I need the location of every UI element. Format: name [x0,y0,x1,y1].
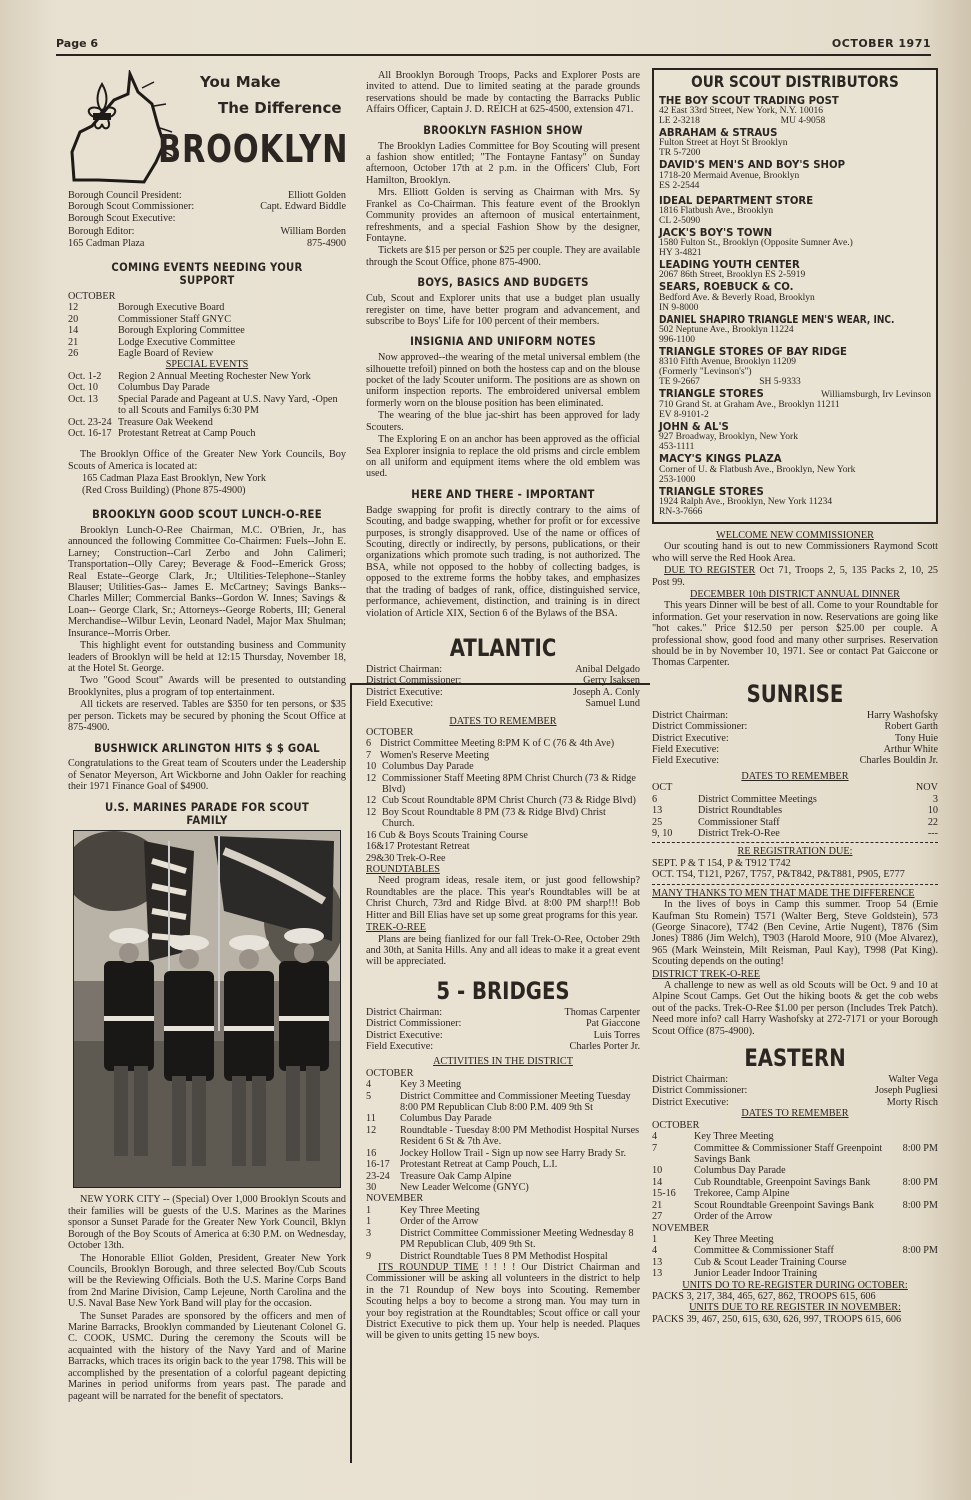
event-text: Committee & Commissioner Staff [694,1245,884,1256]
officer-role: District Executive: [652,1097,729,1108]
event-time [884,1211,938,1222]
article-paragraph: Now approved--the wearing of the metal u… [366,352,640,409]
reregistration-sept: SEPT. P & T 154, P & T912 T742 [652,858,938,869]
event-time [884,1268,938,1279]
event-date: 12 [68,302,118,313]
event-date: 16 [366,1148,400,1159]
coming-events-list: OCTOBER 12Borough Executive Board 20Comm… [68,291,346,439]
event-text: Columbus Day Parade [694,1165,884,1176]
officer-name: Charles Porter Jr. [570,1041,640,1052]
atlantic-dates-heading: DATES TO REMEMBER [366,716,640,727]
reregistration-heading: RE REGISTRATION DUE: [652,846,938,857]
article-paragraph: Tickets are $15 per person or $25 per co… [366,245,640,268]
distributor-entry: JOHN & AL'S 927 Broadway, Brooklyn, New … [659,421,931,453]
column-divider [350,683,352,1463]
activities-heading: ACTIVITIES IN THE DISTRICT [366,1056,640,1067]
event-date: 6 [366,738,380,749]
event-text: Junior Leader Indoor Training [694,1268,884,1279]
event-date: 3 [366,1228,400,1251]
distributor-entry: DAVID'S MEN'S AND BOY'S SHOP 1718-20 Mer… [659,159,931,191]
nov-date: 3 [914,794,938,805]
article-paragraph: Need program ideas, resale item, or just… [366,875,640,921]
tagline-1: You Make [200,74,281,91]
event-date: 30 [366,1182,400,1193]
article-paragraph: A challenge to new as well as old Scouts… [652,980,938,1037]
event-date: 27 [652,1211,694,1222]
distributor-address: 927 Broadway, Brooklyn, New York [659,433,931,443]
officer-role: Borough Editor: [68,226,135,237]
month-label: NOVEMBER [366,1193,640,1204]
event-time [884,1234,938,1245]
oct-date: 25 [652,817,698,828]
distributor-entry: ABRAHAM & STRAUS Fulton Street at Hoyt S… [659,127,931,159]
event-date: 23-24 [366,1171,400,1182]
event-text: District Roundtable Tues 8 PM Methodist … [400,1251,640,1262]
distributor-address: 1718-20 Mermaid Avenue, Brooklyn [659,172,931,182]
distributor-phone: ES 2-2544 [659,182,931,192]
event-date: 14 [652,1177,694,1188]
dashed-divider [652,884,938,885]
event-text: Key Three Meeting [694,1234,884,1245]
event-text: Lodge Executive Committee [118,337,346,348]
distributor-address: Bedford Ave. & Beverly Road, Brooklyn [659,294,931,304]
event-date: 12 [366,773,382,796]
event-date: 10 [366,761,382,772]
officer-role: District Commissioner: [652,721,747,732]
event-date: 12 [366,807,382,830]
event-text: Scout Roundtable Greenpoint Savings Bank [694,1200,884,1211]
distributor-name: TRIANGLE STORES [659,486,909,498]
reregistration-oct: OCT. T54, T121, P267, T757, P&T842, P&T8… [652,869,938,880]
event-text: District Committee Meeting 8:PM K of C (… [380,738,640,749]
distributor-entry: THE BOY SCOUT TRADING POST 42 East 33rd … [659,95,931,127]
event-text: Trekoree, Camp Alpine [694,1188,884,1199]
masthead-title: BROOKLYN [158,128,348,171]
page-number: Page 6 [56,38,98,50]
event-text: Columbus Day Parade [118,382,346,393]
event-date: Oct. 23-24 [68,417,118,428]
event-date: 12 [366,1125,400,1148]
officer-role: District Chairman: [366,664,442,675]
month-label: NOVEMBER [652,1223,938,1234]
special-events-heading: SPECIAL EVENTS [68,359,346,370]
event-text: District Committee Meetings [698,794,914,805]
article-paragraph: The Honorable Elliot Golden, President, … [68,1253,346,1310]
roundup-heading: ITS ROUNDUP TIME [378,1262,479,1273]
event-text: New Leader Welcome (GNYC) [400,1182,640,1193]
distributor-name: ABRAHAM & STRAUS [659,127,909,139]
event-text: Region 2 Annual Meeting Rochester New Yo… [118,371,346,382]
here-and-there-heading: HERE AND THERE - IMPORTANT [382,488,623,501]
eastern-dates-heading: DATES TO REMEMBER [652,1108,938,1119]
month-label: OCTOBER [68,291,346,302]
due-heading: DUE TO REGISTER [664,565,755,576]
welcome-heading: WELCOME NEW COMMISSIONER [652,530,938,541]
event-date: 13 [652,1257,694,1268]
event-text: Special Parade and Pageant at U.S. Navy … [118,394,346,417]
event-time: 8:00 PM [884,1200,938,1211]
distributors-heading: OUR SCOUT DISTRIBUTORS [679,73,910,91]
event-date: 14 [68,325,118,336]
officer-name: Walter Vega [888,1074,938,1085]
column-left: You Make The Difference BROOKLYN Borough… [68,62,346,1403]
event-date: 4 [652,1245,694,1256]
event-date: 7 [652,1143,694,1166]
article-paragraph: This years Dinner will be best of all. C… [652,600,938,669]
officer-name: Joseph Pugliesi [875,1085,938,1096]
officer-role: Field Executive: [366,1041,433,1052]
nov-units-heading: UNITS DUE TO RE REGISTER IN NOVEMBER: [652,1302,938,1313]
event-text: Order of the Arrow [694,1211,884,1222]
officer-name: Robert Garth [885,721,938,732]
event-text: Commissioner Staff [698,817,914,828]
distributor-phone: RN-3-7666 [659,508,931,518]
event-text: Borough Executive Board [118,302,346,313]
bushwick-heading: BUSHWICK ARLINGTON HITS $ $ GOAL [85,742,330,755]
month-label: OCTOBER [366,1068,640,1079]
thanks-heading: MANY THANKS TO MEN THAT MADE THE DIFFERE… [652,888,938,899]
distributor-name: DAVID'S MEN'S AND BOY'S SHOP [659,159,909,171]
officer-role: District Chairman: [652,710,728,721]
article-paragraph: The wearing of the blue jac-shirt has be… [366,410,640,433]
roundup-paragraph: ITS ROUNDUP TIME ! ! ! ! Our District Ch… [366,1262,640,1342]
event-date: 13 [652,1268,694,1279]
article-paragraph: The Sunset Parades are sponsored by the … [68,1311,346,1402]
office-address-1: 165 Cadman Plaza East Brooklyn, New York [68,473,346,484]
officer-name: Anibal Delgado [575,664,640,675]
trek-o-ree-heading: TREK-O-REE [366,922,640,933]
event-time: 8:00 PM [884,1177,938,1188]
officer-role: Field Executive: [652,744,719,755]
officer-name: Samuel Lund [585,698,640,709]
event-date: 7 [366,750,380,761]
nov-date: --- [914,828,938,839]
officer-role: District Executive: [652,733,729,744]
event-text: Cub & Scout Leader Training Course [694,1257,884,1268]
event-text: Women's Reserve Meeting [380,750,640,761]
officer-name: Luis Torres [594,1030,640,1041]
sunrise-dates-heading: DATES TO REMEMBER [652,771,938,782]
officer-name: Gerry Isaksen [583,675,640,686]
roundup-text: ! ! ! ! Our District Chairman and Commis… [366,1262,640,1342]
event-text: Key 3 Meeting [400,1079,640,1090]
distributor-name: LEADING YOUTH CENTER [659,259,909,271]
roundtables-heading: ROUNDTABLES [366,864,640,875]
insignia-heading: INSIGNIA AND UNIFORM NOTES [382,335,623,348]
officer-name: Harry Washofsky [867,710,938,721]
officer-name: Thomas Carpenter [564,1007,640,1018]
event-date: 4 [366,1079,400,1090]
oct-units-list: PACKS 3, 217, 384, 465, 627, 862, TROOPS… [652,1291,938,1302]
distributor-entry: IDEAL DEPARTMENT STORE 1816 Flatbush Ave… [659,195,931,227]
nov-units-list: PACKS 39, 467, 250, 615, 630, 626, 997, … [652,1314,938,1325]
distributor-name: IDEAL DEPARTMENT STORE [659,195,909,207]
office-phone: 875-4900 [307,238,346,249]
event-time [884,1188,938,1199]
article-paragraph: This highlight event for outstanding bus… [68,640,346,674]
event-date: 21 [652,1200,694,1211]
distributor-entry: TRIANGLE STORES OF BAY RIDGE 8310 Fifth … [659,346,931,388]
article-paragraph: Cub, Scout and Explorer units that use a… [366,293,640,327]
event-text: Treasure Oak Camp Alpine [400,1171,640,1182]
dinner-heading: DECEMBER 10th DISTRICT ANNUAL DINNER [652,589,938,600]
eastern-section: EASTERN District Chairman:Walter Vega Di… [652,1045,938,1325]
eastern-heading: EASTERN [678,1045,913,1072]
event-line: 29&30 Trek-O-Ree [366,853,640,864]
coming-events-heading: COMING EVENTS NEEDING YOUR SUPPORT [85,261,330,287]
article-paragraph: Our scouting hand is out to new Commissi… [652,541,938,564]
distributor-address: Corner of U. & Flatbush Ave., Brooklyn, … [659,466,931,476]
article-paragraph: The Exploring E on an anchor has been ap… [366,434,640,480]
event-text: Columbus Day Parade [400,1113,640,1124]
event-date: 5 [366,1091,400,1114]
event-date: 4 [652,1131,694,1142]
trek-heading: DISTRICT TREK-O-REE [652,969,938,980]
event-date: 20 [68,314,118,325]
distributor-name: JACK'S BOY'S TOWN [659,227,909,239]
officer-role: Field Executive: [366,698,433,709]
event-text: Protestant Retreat at Camp Pouch [118,428,346,439]
column-right: OUR SCOUT DISTRIBUTORS THE BOY SCOUT TRA… [652,68,938,1325]
event-line: 16 Cub & Boys Scouts Training Course [366,830,640,841]
event-text: District Trek-O-Ree [698,828,914,839]
event-date: 9 [366,1251,400,1262]
sunrise-section: SUNRISE District Chairman:Harry Washofsk… [652,681,938,1037]
borough-officers: Borough Council President:Elliott Golden… [68,190,346,249]
event-date: 26 [68,348,118,359]
event-text: Commissioner Staff Meeting 8PM Christ Ch… [382,773,640,796]
event-text: District Roundtables [698,805,914,816]
event-date: 10 [652,1165,694,1176]
month-label: OCTOBER [652,1120,938,1131]
officer-name: Tony Huie [895,733,938,744]
event-date: 12 [366,795,382,806]
sunrise-heading: SUNRISE [678,681,913,708]
event-time [884,1165,938,1176]
officer-role: District Commissioner: [366,1018,461,1029]
article-paragraph: All tickets are reserved. Tables are $35… [68,699,346,733]
article-paragraph: Mrs. Elliott Golden is serving as Chairm… [366,187,640,244]
event-date: 21 [68,337,118,348]
column-label-oct: OCT [652,782,672,793]
header-rule [56,54,931,56]
event-text: Eagle Board of Review [118,348,346,359]
marines-heading: U.S. MARINES PARADE FOR SCOUT FAMILY [85,801,330,827]
article-paragraph: Plans are being fianlized for our fall T… [366,934,640,968]
column-label-nov: NOV [916,782,938,793]
budgets-heading: BOYS, BASICS AND BUDGETS [382,276,623,289]
marines-color-guard-photo [73,830,341,1188]
masthead: You Make The Difference BROOKLYN [68,62,346,192]
officer-name: Pat Giaccone [586,1018,640,1029]
event-text: Boy Scout Roundtable 8 PM (73 & Ridge Bl… [382,807,640,830]
officer-name: Capt. Edward Biddle [260,201,346,212]
atlantic-officers: District Chairman:Anibal Delgado Distric… [366,664,640,710]
officer-role: Borough Scout Executive: [68,213,176,224]
office-note: The Brooklyn Office of the Greater New Y… [68,449,346,472]
officer-name: Charles Bouldin Jr. [860,755,938,766]
officer-role: District Executive: [366,1030,443,1041]
officer-role: Field Executive: [652,755,719,766]
due-to-register: DUE TO REGISTER Oct 71, Troops 2, 5, 135… [652,565,938,588]
event-text: District Committee and Commissioner Meet… [400,1091,640,1114]
distributor-entry: TRIANGLE STORES 1924 Ralph Ave., Brookly… [659,486,931,518]
officer-role: District Commissioner: [366,675,461,686]
issue-date: OCTOBER 1971 [832,38,931,50]
event-text: Cub Scout Roundtable 8PM Christ Church (… [382,795,640,806]
event-text: Borough Exploring Committee [118,325,346,336]
oct-units-heading: UNITS DO TO RE-REGISTER DURING OCTOBER: [652,1280,938,1291]
officer-role: District Commissioner: [652,1085,747,1096]
article-paragraph: Congratulations to the Great team of Sco… [68,758,346,792]
nov-date: 10 [914,805,938,816]
distributor-entry: JACK'S BOY'S TOWN 1580 Fulton St., Brook… [659,227,931,259]
officer-name: William Borden [280,226,346,237]
article-paragraph: Two "Good Scout" Awards will be presente… [68,675,346,698]
article-paragraph: The Brooklyn Ladies Committee for Boy Sc… [366,141,640,187]
bridges-continued: WELCOME NEW COMMISSIONER Our scouting ha… [652,530,938,669]
event-date: 11 [366,1113,400,1124]
atlantic-heading: ATLANTIC [391,635,616,662]
event-text: Treasure Oak Weekend [118,417,346,428]
event-text: Columbus Day Parade [382,761,640,772]
lunch-o-ree-heading: BROOKLYN GOOD SCOUT LUNCH-O-REE [85,508,330,521]
event-date: Oct. 10 [68,382,118,393]
distributor-name: SEARS, ROEBUCK & CO. [659,281,909,293]
five-bridges-heading: 5 - BRIDGES [391,978,616,1005]
office-address-2: (Red Cross Building) (Phone 875-4900) [68,485,346,496]
officer-role: District Executive: [366,687,443,698]
distributor-entry: MACY'S KINGS PLAZA Corner of U. & Flatbu… [659,453,931,485]
officer-role: District Chairman: [652,1074,728,1085]
event-date: Oct. 1-2 [68,371,118,382]
event-date: 1 [366,1216,400,1227]
distributor-name: THE BOY SCOUT TRADING POST [659,95,909,107]
distributor-address: 502 Neptune Ave., Brooklyn 11224 [659,326,931,336]
article-paragraph: Brooklyn Lunch-O-Ree Chairman, M.C. O'Br… [68,525,346,639]
event-time: 8:00 PM [884,1143,938,1166]
oct-date: 13 [652,805,698,816]
event-text: Jockey Hollow Trail - Sign up now see Ha… [400,1148,640,1159]
distributor-entry: DANIEL SHAPIRO TRIANGLE MEN'S WEAR, INC.… [659,314,931,346]
distributors-box: OUR SCOUT DISTRIBUTORS THE BOY SCOUT TRA… [652,68,938,524]
event-text: Roundtable - Tuesday 8:00 PM Methodist H… [400,1125,640,1148]
event-date: Oct. 16-17 [68,428,118,439]
event-text: Cub Roundtable, Greenpoint Savings Bank [694,1177,884,1188]
oct-date: 9, 10 [652,828,698,839]
event-text: District Committee Commissioner Meeting … [400,1228,640,1251]
event-text: Commissioner Staff GNYC [118,314,346,325]
event-time: 8:00 PM [884,1245,938,1256]
officer-role: Borough Scout Commissioner: [68,201,194,212]
article-paragraph: NEW YORK CITY -- (Special) Over 1,000 Br… [68,1194,346,1251]
article-paragraph: In the lives of boys in Camp this summer… [652,899,938,968]
officer-name: Joseph A. Conly [573,687,640,698]
office-address: 165 Cadman Plaza [68,238,144,249]
officer-name: Arthur White [884,744,938,755]
oct-date: 6 [652,794,698,805]
month-label: OCTOBER [366,727,640,738]
distributor-name: DANIEL SHAPIRO TRIANGLE MEN'S WEAR, INC. [659,314,882,326]
event-text: Key Three Meeting [400,1205,640,1216]
event-text: Committee & Commissioner Staff Greenpoin… [694,1143,884,1166]
distributor-entry: SEARS, ROEBUCK & CO. Bedford Ave. & Beve… [659,281,931,313]
event-time [884,1131,938,1142]
article-paragraph: Badge swapping for profit is directly co… [366,505,640,619]
event-text: Key Three Meeting [694,1131,884,1142]
article-paragraph: All Brooklyn Borough Troops, Packs and E… [366,70,640,116]
event-text: Order of the Arrow [400,1216,640,1227]
officer-name: Morty Risch [887,1097,938,1108]
event-text: Protestant Retreat at Camp Pouch, L.I. [400,1159,640,1170]
event-date: 15-16 [652,1188,694,1199]
event-time [884,1257,938,1268]
distributor-name: JOHN & AL'S [659,421,909,433]
bridges-officers: District Chairman:Thomas Carpenter Distr… [366,1007,640,1053]
event-line: 16&17 Protestant Retreat [366,841,640,852]
event-date: 16-17 [366,1159,400,1170]
distributor-entry: TRIANGLE STORES Williamsburgh, Irv Levin… [659,388,931,421]
column-middle: All Brooklyn Borough Troops, Packs and E… [366,70,640,1343]
distributor-name: TRIANGLE STORES [659,388,764,400]
dashed-divider [652,842,938,843]
fashion-show-heading: BROOKLYN FASHION SHOW [382,124,623,137]
officer-role: District Chairman: [366,1007,442,1018]
distributor-name: TRIANGLE STORES OF BAY RIDGE [659,346,909,358]
distributor-entry: LEADING YOUTH CENTER 2067 86th Street, B… [659,259,931,281]
event-date: Oct. 13 [68,394,118,417]
distributor-name: MACY'S KINGS PLAZA [659,453,909,465]
tagline-2: The Difference [218,100,342,117]
event-date: 1 [366,1205,400,1216]
nov-date: 22 [914,817,938,828]
event-date: 1 [652,1234,694,1245]
